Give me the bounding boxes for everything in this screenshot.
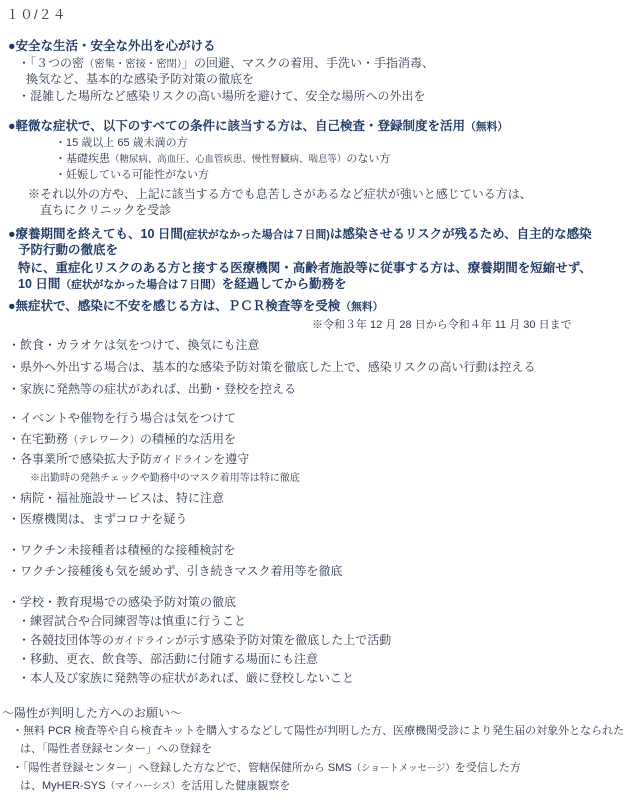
guideline-item: ・医療機関は、まずコロナを疑う (8, 512, 187, 527)
request-item-continuation: は、MyHER-SYS（マイハーシス）を活用した健康観察を (20, 780, 290, 794)
guideline-item: ・在宅勤務（テレワーク）の積極的な活用を (8, 432, 236, 448)
note: ※それ以外の方や、上記に該当する方でも息苦しさがあるなど症状が強いと感じている方… (28, 187, 532, 202)
guideline-item: ・病院・福祉施設サービスは、特に注意 (8, 491, 224, 506)
guideline-item: ・ワクチン未接種者は積極的な接種検討を (8, 543, 235, 558)
guideline-subitem: ・各競技団体等のガイドラインが示す感染予防対策を徹底した上で活動 (18, 633, 391, 649)
text-segment: 10 日間 (18, 277, 60, 291)
text-segment: ・基礎疾患 (55, 153, 110, 165)
document-page: １０/２４●安全な生活・安全な外出を心がける・「３つの密（密集・密接・密閉）」の… (0, 0, 624, 806)
guideline-subitem: ・練習試合や合同練習等は慎重に行うこと (18, 614, 246, 629)
condition-item: ・基礎疾患（糖尿病、高血圧、心血管疾患、慢性腎臓病、喘息等）のない方 (55, 153, 390, 167)
text-segment: （症状がなかった場合は７日間） (60, 279, 221, 291)
text-segment: 」の回避、マスクの着用、手洗い・手指消毒、 (182, 56, 434, 70)
text-segment: のない方 (346, 153, 390, 165)
condition-item: ・妊娠している可能性がない方 (55, 169, 209, 183)
note-continuation: 直ちにクリニックを受診 (40, 203, 171, 218)
text-segment: （無料） (465, 121, 508, 133)
text-segment: （密集・密接・密閉） (84, 59, 182, 70)
text-segment: １０/２４ (6, 7, 67, 22)
text-segment: （無料） (340, 301, 383, 313)
text-segment: (症状がなかった場合は７日間) (183, 229, 330, 241)
text-segment: は感染させるリスクが残るため、自主的な感染 (330, 227, 592, 241)
text-segment: を遵守 (213, 452, 249, 466)
text-segment: ・家族に発熱等の症状があれば、出勤・登校を控える (8, 382, 296, 396)
text-segment: を活用した健康観察を (180, 780, 290, 792)
guideline-subitem: ・移動、更衣、飲食等、部活動に付随する場面にも注意 (18, 652, 318, 667)
text-segment: 直ちにクリニックを受診 (40, 203, 171, 217)
text-segment: の積極的な活用を (140, 432, 236, 446)
text-segment: を経過してから勤務を (222, 277, 347, 291)
text-segment: を受信した方 (455, 762, 521, 774)
guideline-item: ・各事業所で感染拡大予防ガイドラインを遵守 (8, 452, 249, 468)
text-segment: （テレワーク） (68, 435, 140, 446)
text-segment: 予防行動の徹底を (18, 243, 118, 257)
period-note: ※令和３年 12 月 28 日から令和４年 11 月 30 日まで (312, 319, 572, 333)
guideline-heading: ●安全な生活・安全な外出を心がける (8, 39, 216, 55)
text-segment: ・学校・教育現場での感染予防対策の徹底 (8, 595, 236, 609)
text-segment: （糖尿病、高血圧、心血管疾患、慢性腎臓病、喘息等） (110, 154, 346, 165)
guideline-heading-continuation: 10 日間（症状がなかった場合は７日間）を経過してから勤務を (18, 277, 347, 293)
request-item: ・無料 PCR 検査等や自ら検査キットを購入するなどして陽性が判明した方、医療機… (12, 725, 624, 739)
text-segment: （マイハーシス） (106, 781, 181, 792)
text-segment: ・各事業所で感染拡大予防 (8, 452, 152, 466)
guideline-subitem: ・本人及び家族に発熱等の症状があれば、厳に登校しないこと (18, 671, 354, 686)
guideline-item: ・県外へ外出する場合は、基本的な感染予防対策を徹底した上で、感染リスクの高い行動… (8, 360, 536, 375)
condition-item: ・15 歳以上 65 歳未満の方 (55, 137, 188, 151)
text-segment: ●安全な生活・安全な外出を心がける (8, 39, 216, 53)
text-segment: ・本人及び家族に発熱等の症状があれば、厳に登校しないこと (18, 671, 354, 685)
guideline-heading-continuation: 予防行動の徹底を (18, 243, 118, 259)
request-item-continuation: は、「陽性者登録センター」への登録を (20, 743, 212, 757)
text-segment: ※それ以外の方や、上記に該当する方でも息苦しさがあるなど症状が強いと感じている方… (28, 187, 532, 201)
text-segment: ガイドライン (152, 455, 213, 466)
text-segment: は、「陽性者登録センター」への登録を (20, 743, 212, 755)
text-segment: ・イベントや催物を行う場合は気をつけて (8, 411, 236, 425)
text-segment: ・練習試合や合同練習等は慎重に行うこと (18, 614, 246, 628)
guideline-heading: ●軽微な症状で、以下のすべての条件に該当する方は、自己検査・登録制度を活用（無料… (8, 119, 508, 135)
guideline-item: ・家族に発熱等の症状があれば、出勤・登校を控える (8, 382, 296, 397)
text-segment: は、MyHER-SYS (20, 780, 106, 792)
guideline-item: ・混雑した場所など感染リスクの高い場所を避けて、安全な場所への外出を (18, 89, 426, 104)
text-segment: ・ワクチン接種後も気を緩めず、引き続きマスク着用等を徹底 (8, 564, 342, 578)
note: ※出勤時の発熱チェックや勤務中のマスク着用等は特に徹底 (30, 473, 300, 486)
guideline-item: ・学校・教育現場での感染予防対策の徹底 (8, 595, 236, 610)
text-segment: ・「陽性者登録センター」へ登録した方などで、管轄保健所から SMS (12, 762, 352, 774)
text-segment: ・移動、更衣、飲食等、部活動に付随する場面にも注意 (18, 652, 318, 666)
text-segment: ・妊娠している可能性がない方 (55, 169, 209, 181)
guideline-item: ・ワクチン接種後も気を緩めず、引き続きマスク着用等を徹底 (8, 564, 342, 579)
text-segment: ・飲食・カラオケは気をつけて、換気にも注意 (8, 338, 260, 352)
text-segment: ●無症状で、感染に不安を感じる方は、ＰＣＲ検査等を受検 (8, 299, 340, 313)
text-segment: が示す感染予防対策を徹底した上で活動 (175, 633, 391, 647)
guideline-item: ・飲食・カラオケは気をつけて、換気にも注意 (8, 338, 260, 353)
text-segment: ※出勤時の発熱チェックや勤務中のマスク着用等は特に徹底 (30, 473, 300, 484)
text-segment: ・混雑した場所など感染リスクの高い場所を避けて、安全な場所への外出を (18, 89, 426, 103)
text-segment: ●療養期間を終えても、10 日間 (8, 227, 183, 241)
text-segment: 換気など、基本的な感染予防対策の徹底を (26, 72, 254, 86)
guideline-heading-continuation: 特に、重症化リスクのある方と接する医療機関・高齢者施設等に従事する方は、療養期間… (18, 261, 592, 277)
text-segment: ・在宅勤務 (8, 432, 68, 446)
text-segment: ガイドライン (114, 636, 175, 647)
text-segment: （ショートメッセージ） (352, 763, 455, 774)
text-segment: ・各競技団体等の (18, 633, 114, 647)
text-segment: ●軽微な症状で、以下のすべての条件に該当する方は、自己検査・登録制度を活用 (8, 119, 465, 133)
date-label: １０/２４ (6, 7, 67, 23)
text-segment: ～陽性が判明した方へのお願い～ (2, 706, 182, 720)
text-segment: ※令和３年 12 月 28 日から令和４年 11 月 30 日まで (312, 319, 572, 331)
guideline-item: ・「３つの密（密集・密接・密閉）」の回避、マスクの着用、手洗い・手指消毒、 (18, 56, 434, 72)
guideline-heading: ●療養期間を終えても、10 日間(症状がなかった場合は７日間)は感染させるリスク… (8, 227, 592, 243)
text-segment: ・病院・福祉施設サービスは、特に注意 (8, 491, 224, 505)
text-segment: ・県外へ外出する場合は、基本的な感染予防対策を徹底した上で、感染リスクの高い行動… (8, 360, 536, 374)
text-segment: ・15 歳以上 65 歳未満の方 (55, 137, 188, 149)
text-segment: ・ワクチン未接種者は積極的な接種検討を (8, 543, 235, 557)
text-segment: ・無料 PCR 検査等や自ら検査キットを購入するなどして陽性が判明した方、医療機… (12, 725, 624, 737)
guideline-item: ・イベントや催物を行う場合は気をつけて (8, 411, 236, 426)
guideline-heading: ●無症状で、感染に不安を感じる方は、ＰＣＲ検査等を受検（無料） (8, 299, 383, 315)
text-segment: ・医療機関は、まずコロナを疑う (8, 512, 187, 526)
guideline-item-continuation: 換気など、基本的な感染予防対策の徹底を (26, 72, 254, 87)
text-segment: ・「３つの密 (18, 56, 84, 70)
section-title: ～陽性が判明した方へのお願い～ (2, 706, 182, 721)
text-segment: 特に、重症化リスクのある方と接する医療機関・高齢者施設等に従事する方は、療養期間… (18, 261, 592, 275)
request-item: ・「陽性者登録センター」へ登録した方などで、管轄保健所から SMS（ショートメッ… (12, 762, 521, 776)
